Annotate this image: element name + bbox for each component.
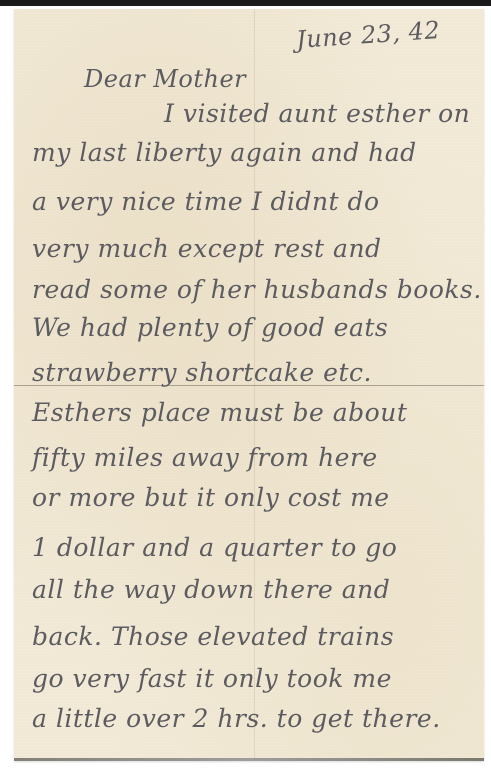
letter-line: or more but it only cost me xyxy=(32,485,390,510)
scan-bottom-edge xyxy=(14,758,484,761)
letter-line: back. Those elevated trains xyxy=(32,624,394,649)
letter-date: June 23, 42 xyxy=(295,18,441,52)
letter-line: very much except rest and xyxy=(32,236,382,261)
letter-line: a little over 2 hrs. to get there. xyxy=(32,706,441,731)
letter-line: my last liberty again and had xyxy=(32,140,417,165)
letter-line: a very nice time I didnt do xyxy=(32,189,380,214)
letter-line: go very fast it only took me xyxy=(32,666,392,691)
letter-line: Esthers place must be about xyxy=(32,400,407,425)
letter-line: read some of her husbands books. xyxy=(32,277,482,302)
letter-line: strawberry shortcake etc. xyxy=(32,360,372,385)
scan-top-border xyxy=(0,0,491,6)
letter-page: June 23, 42 Dear Mother I visited aunt e… xyxy=(14,9,484,761)
letter-line: fifty miles away from here xyxy=(32,445,378,470)
letter-line: 1 dollar and a quarter to go xyxy=(32,535,397,560)
letter-line: We had plenty of good eats xyxy=(32,315,388,340)
letter-line: all the way down there and xyxy=(32,577,390,602)
letter-line: I visited aunt esther on xyxy=(164,101,470,126)
letter-salutation: Dear Mother xyxy=(84,67,246,91)
